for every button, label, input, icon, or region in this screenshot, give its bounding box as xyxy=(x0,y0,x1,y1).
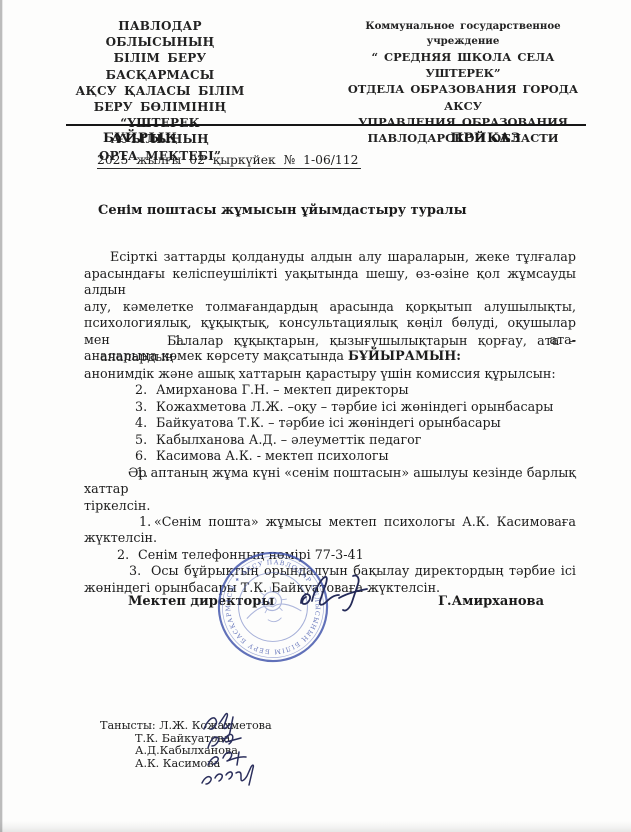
order-item-line: 1.«Сенім пошта» жұмысы мектеп психологы … xyxy=(99,514,576,530)
acknowledgement-signatures xyxy=(194,711,298,791)
order-items: 1.Балалар құқықтарын, қызығушылықтарын қ… xyxy=(84,333,576,596)
director-signature-scrawl xyxy=(295,570,379,618)
item-number: 1. xyxy=(119,514,154,530)
order-item: 1.Әр аптаның жұма күні «сенім поштасын» … xyxy=(84,465,576,514)
letterhead-line: АҚСУ ҚАЛАСЫ БІЛІМ xyxy=(68,83,252,99)
item-text: Балалар құқықтарын, қызығушылықтарын қор… xyxy=(100,333,576,364)
order-item: 5.Кабылханова А.Д. – әлеуметтік педагог xyxy=(135,432,576,448)
item-number: 3. xyxy=(135,399,156,415)
item-text: Әр аптаның жұма күні «сенім поштасын» аш… xyxy=(84,465,576,496)
item-number: 1. xyxy=(110,465,128,481)
item-text: Кожахметова Л.Ж. –оқу – тәрбие ісі жөнін… xyxy=(156,399,553,414)
item-number: 2. xyxy=(135,382,156,398)
letterhead-line: ОТДЕЛА ОБРАЗОВАНИЯ ГОРОДА АКСУ xyxy=(338,81,588,113)
order-title-row: БҰЙРЫҚ ПРИКАЗ xyxy=(103,131,521,146)
order-item: 1.«Сенім пошта» жұмысы мектеп психологы … xyxy=(84,514,576,547)
preamble-line: арасындағы келіспеушілікті уақытында шеш… xyxy=(84,266,576,299)
order-item-line: жүктелсін. xyxy=(84,530,576,546)
item-number: 3. xyxy=(116,563,151,579)
letterhead-line: ПАВЛОДАР ОБЛЫСЫНЫҢ xyxy=(68,18,252,50)
order-item: 6.Касимова А.К. - мектеп психологы xyxy=(135,448,576,464)
order-date-number: 2025 жылғы 02 қыркүйек № 1-06/112 xyxy=(97,153,361,169)
order-item: 2.Амирханова Г.Н. – мектеп директоры xyxy=(135,382,576,398)
signature-scrawl xyxy=(208,734,241,748)
acknowledgement-label: Танысты: xyxy=(100,719,156,732)
item-number: 5. xyxy=(135,432,156,448)
order-item: 4.Байкуатова Т.К. – тәрбие ісі жөніндегі… xyxy=(135,415,576,431)
item-number: 6. xyxy=(135,448,156,464)
order-item-line: тіркелсін. xyxy=(84,498,576,514)
preamble-line: Есірткі заттарды қолдануды алдын алу шар… xyxy=(84,249,576,266)
scan-edge-left-soft xyxy=(2,0,3,832)
order-label-kazakh: БҰЙРЫҚ xyxy=(103,131,178,146)
item-number: 1. xyxy=(137,333,167,349)
preamble-line: алу, кәмелетке толмағандардың арасында қ… xyxy=(84,299,576,316)
signature-scrawl xyxy=(208,752,246,765)
letterhead-line: БІЛІМ БЕРУ БАСҚАРМАСЫ xyxy=(68,50,252,82)
letterhead-russian: Коммунальное государственное учреждение … xyxy=(338,19,588,146)
order-item-line: 1.Балалар құқықтарын, қызығушылықтарын қ… xyxy=(100,333,576,366)
stamp-emblem xyxy=(243,583,302,626)
letterhead-line: Коммунальное государственное учреждение xyxy=(338,19,588,49)
order-item-line: анонимдік және ашық хаттарын қарастыру ү… xyxy=(84,366,576,382)
item-text: «Сенім пошта» жұмысы мектеп психологы А.… xyxy=(154,514,576,529)
letterhead-divider-rule xyxy=(66,124,586,126)
item-number: 4. xyxy=(135,415,156,431)
item-text: Кабылханова А.Д. – әлеуметтік педагог xyxy=(156,432,421,447)
order-item: 3.Кожахметова Л.Ж. –оқу – тәрбие ісі жөн… xyxy=(135,399,576,415)
order-item: 1.Балалар құқықтарын, қызығушылықтарын қ… xyxy=(84,333,576,382)
order-label-russian: ПРИКАЗ xyxy=(450,131,521,146)
item-text: Касимова А.К. - мектеп психологы xyxy=(156,448,389,463)
letterhead-line: “ СРЕДНЯЯ ШКОЛА СЕЛА УШТЕРЕК” xyxy=(338,49,588,81)
item-text: Амирханова Г.Н. – мектеп директоры xyxy=(156,382,409,397)
scan-edge-bottom xyxy=(0,821,631,832)
letterhead-line: УПРАВЛЕНИЯ ОБРАЗОВАНИЯ xyxy=(338,114,588,130)
order-item-line: 1.Әр аптаның жұма күні «сенім поштасын» … xyxy=(84,465,576,498)
signature-scrawl xyxy=(202,765,253,785)
letterhead-line: БЕРУ БӨЛІМІНІҢ xyxy=(68,99,252,115)
item-number: 2. xyxy=(117,547,138,563)
scanned-order-document: ПАВЛОДАР ОБЛЫСЫНЫҢ БІЛІМ БЕРУ БАСҚАРМАСЫ… xyxy=(0,0,631,832)
order-item: 2.Сенім телефонның нөмірі 77-3-41 xyxy=(117,547,576,563)
item-text: Байкуатова Т.К. – тәрбие ісі жөніндегі о… xyxy=(156,415,501,430)
order-subject: Сенім поштасы жұмысын ұйымдастыру туралы xyxy=(98,203,467,218)
signature-name: Г.Амирханова xyxy=(438,594,544,609)
